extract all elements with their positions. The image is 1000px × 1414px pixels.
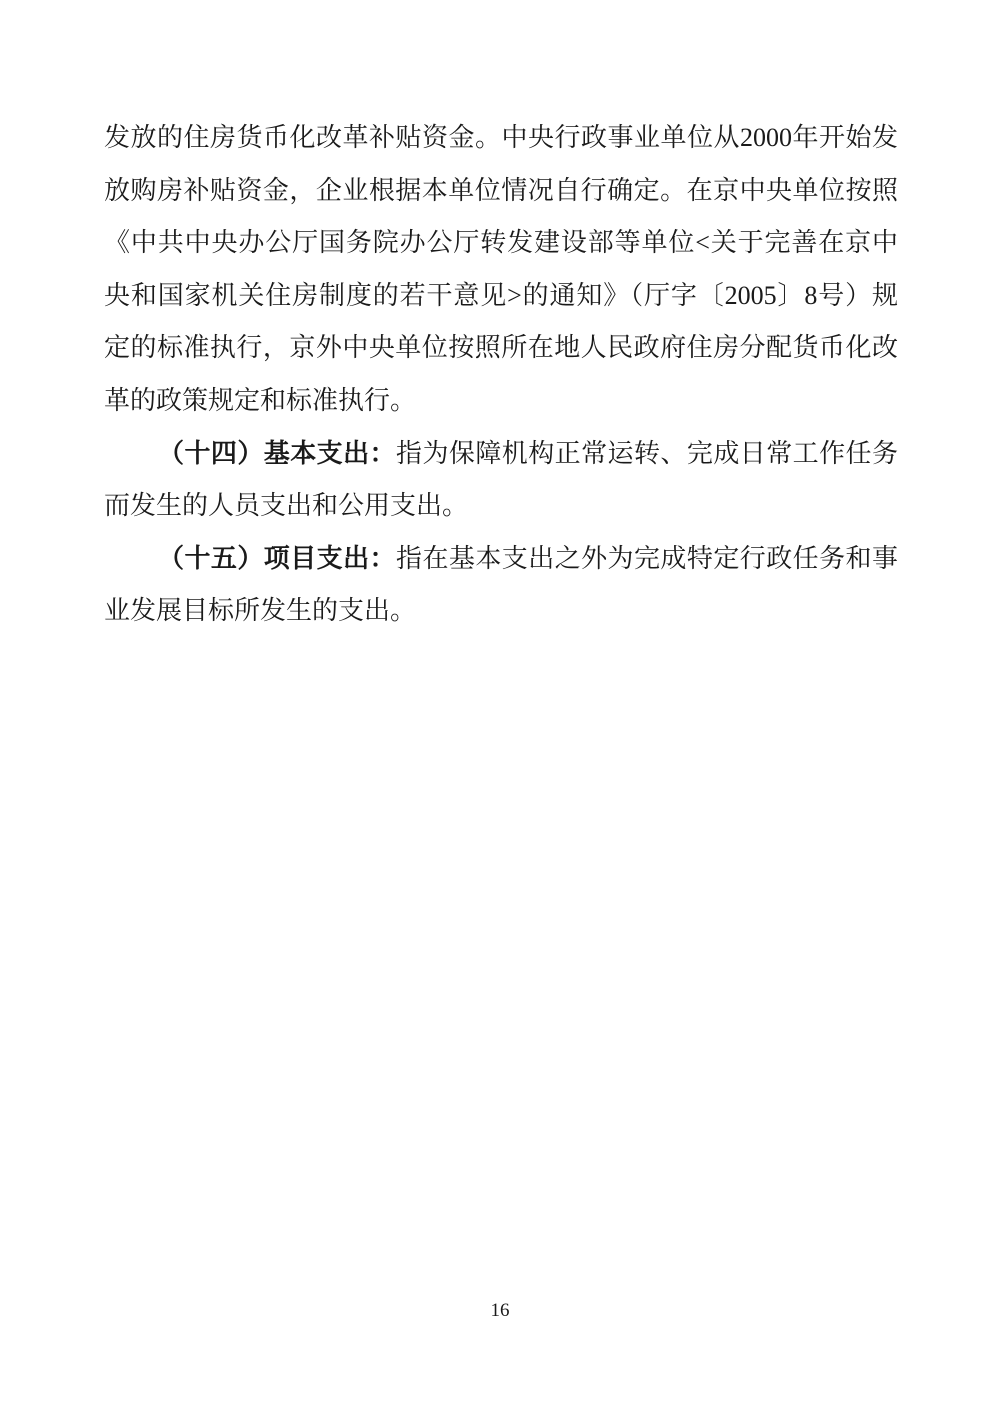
line-text: 革的政策规定和标准执行。 (104, 386, 416, 415)
page-footer: 16 (0, 1298, 1000, 1324)
body-line: 《中共中央办公厅国务院办公厅转发建设部等单位<关于完善在京中 (104, 217, 898, 270)
line-text: 而发生的人员支出和公用支出。 (104, 491, 468, 520)
page-number: 16 (491, 1300, 510, 1321)
body-text: 发放的住房货币化改革补贴资金。中央行政事业单位从2000年开始发 放购房补贴资金… (104, 112, 898, 638)
body-line: 央和国家机关住房制度的若干意见>的通知》（厅字〔2005〕8号）规 (104, 270, 898, 323)
body-line: 定的标准执行，京外中央单位按照所在地人民政府住房分配货币化改 (104, 322, 898, 375)
line-text: 定的标准执行，京外中央单位按照所在地人民政府住房分配货币化改 (104, 333, 898, 362)
body-line: （十五）项目支出：指在基本支出之外为完成特定行政任务和事 (104, 533, 898, 586)
body-line: 革的政策规定和标准执行。 (104, 375, 898, 428)
line-lead-bold: （十四）基本支出： (158, 439, 396, 468)
body-line: 发放的住房货币化改革补贴资金。中央行政事业单位从2000年开始发 (104, 112, 898, 165)
body-line: （十四）基本支出：指为保障机构正常运转、完成日常工作任务 (104, 428, 898, 481)
line-text: 放购房补贴资金，企业根据本单位情况自行确定。在京中央单位按照 (104, 176, 898, 205)
body-line: 而发生的人员支出和公用支出。 (104, 480, 898, 533)
line-text: 发放的住房货币化改革补贴资金。中央行政事业单位从2000年开始发 (104, 123, 898, 152)
body-line: 放购房补贴资金，企业根据本单位情况自行确定。在京中央单位按照 (104, 165, 898, 218)
line-text: 指为保障机构正常运转、完成日常工作任务 (396, 439, 898, 468)
line-lead-bold: （十五）项目支出： (158, 544, 396, 573)
document-page: 发放的住房货币化改革补贴资金。中央行政事业单位从2000年开始发 放购房补贴资金… (0, 0, 1000, 1414)
line-text: 指在基本支出之外为完成特定行政任务和事 (396, 544, 898, 573)
line-text: 《中共中央办公厅国务院办公厅转发建设部等单位<关于完善在京中 (104, 228, 898, 257)
body-line: 业发展目标所发生的支出。 (104, 585, 898, 638)
line-text: 央和国家机关住房制度的若干意见>的通知》（厅字〔2005〕8号）规 (104, 281, 898, 310)
line-text: 业发展目标所发生的支出。 (104, 596, 416, 625)
